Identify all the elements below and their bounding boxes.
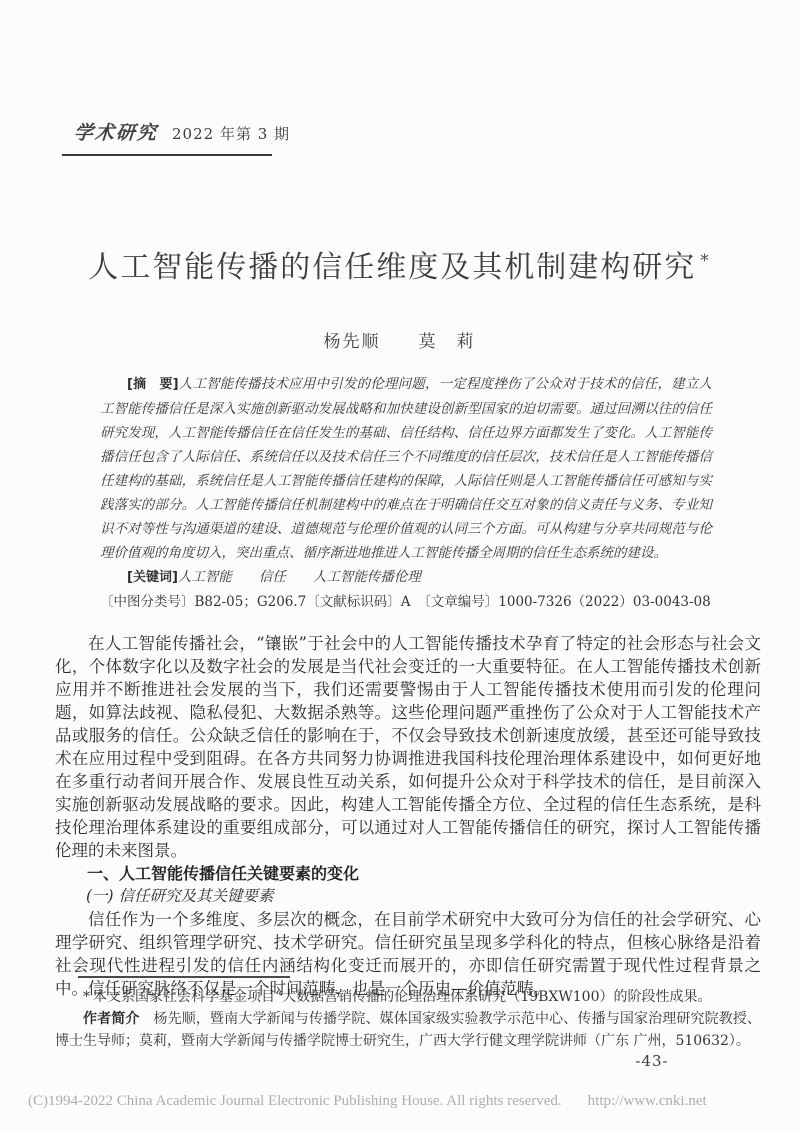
- journal-header: 学术研究 2022 年第 3 期: [62, 118, 272, 156]
- watermark-copyright-text: (C)1994-2022 China Academic Journal Elec…: [28, 1093, 562, 1109]
- classification-line: 〔中图分类号〕B82-05；G206.7〔文献标识码〕A 〔文章编号〕1000-…: [100, 590, 712, 614]
- footnote-section: *本文系国家社会科学基金项目“大数据营销传播的伦理治理体系研究”（19BXW10…: [55, 986, 761, 1052]
- article-title: 人工智能传播的信任维度及其机制建构研究*: [0, 242, 799, 286]
- fund-note-text: 本文系国家社会科学基金项目“大数据营销传播的伦理治理体系研究”（19BXW100…: [93, 989, 712, 1005]
- keywords-label: [关键词]: [127, 570, 178, 585]
- watermark-url: http://www.cnki.net: [588, 1093, 707, 1109]
- author-bio-label: 作者简介: [83, 1011, 140, 1027]
- abstract-text: 人工智能传播技术应用中引发的伦理问题，一定程度挫伤了公众对于技术的信任，建立人工…: [100, 376, 712, 561]
- journal-page: 学术研究 2022 年第 3 期 人工智能传播的信任维度及其机制建构研究* 杨先…: [0, 0, 799, 1131]
- keywords-text: 人工智能 信任 人工智能传播伦理: [178, 569, 421, 585]
- journal-logo: 学术研究: [73, 118, 159, 145]
- section-1-heading: 一、人工智能传播信任关键要素的变化: [55, 862, 761, 885]
- section-1-subheading: (一) 信任研究及其关键要素: [55, 885, 761, 908]
- title-footnote-marker: *: [700, 251, 711, 271]
- page-number: -43-: [612, 1052, 692, 1070]
- author-names: 杨先顺 莫 莉: [0, 327, 799, 352]
- body-paragraph-intro: 在人工智能传播社会，“镶嵌”于社会中的人工智能传播技术孕育了特定的社会形态与社会…: [55, 632, 761, 862]
- abstract-section: [摘 要]人工智能传播技术应用中引发的伦理问题，一定程度挫伤了公众对于技术的信任…: [100, 372, 712, 614]
- author-bio: 作者简介杨先顺，暨南大学新闻与传播学院、媒体国家级实验教学示范中心、传播与国家治…: [55, 1008, 761, 1052]
- article-body: 在人工智能传播社会，“镶嵌”于社会中的人工智能传播技术孕育了特定的社会形态与社会…: [55, 632, 761, 1000]
- keywords-line: [关键词]人工智能 信任 人工智能传播伦理: [100, 565, 712, 590]
- fund-note-marker: *: [83, 989, 90, 1005]
- footnote-divider: [78, 976, 290, 978]
- abstract-label: [摘 要]: [127, 377, 179, 392]
- author-bio-text: 杨先顺，暨南大学新闻与传播学院、媒体国家级实验教学示范中心、传播与国家治理研究院…: [55, 1011, 761, 1049]
- cnki-watermark: (C)1994-2022 China Academic Journal Elec…: [28, 1093, 788, 1110]
- fund-note: *本文系国家社会科学基金项目“大数据营销传播的伦理治理体系研究”（19BXW10…: [55, 986, 761, 1008]
- abstract-paragraph: [摘 要]人工智能传播技术应用中引发的伦理问题，一定程度挫伤了公众对于技术的信任…: [100, 372, 712, 565]
- article-title-text: 人工智能传播的信任维度及其机制建构研究: [88, 250, 696, 285]
- journal-issue: 2022 年第 3 期: [172, 123, 290, 144]
